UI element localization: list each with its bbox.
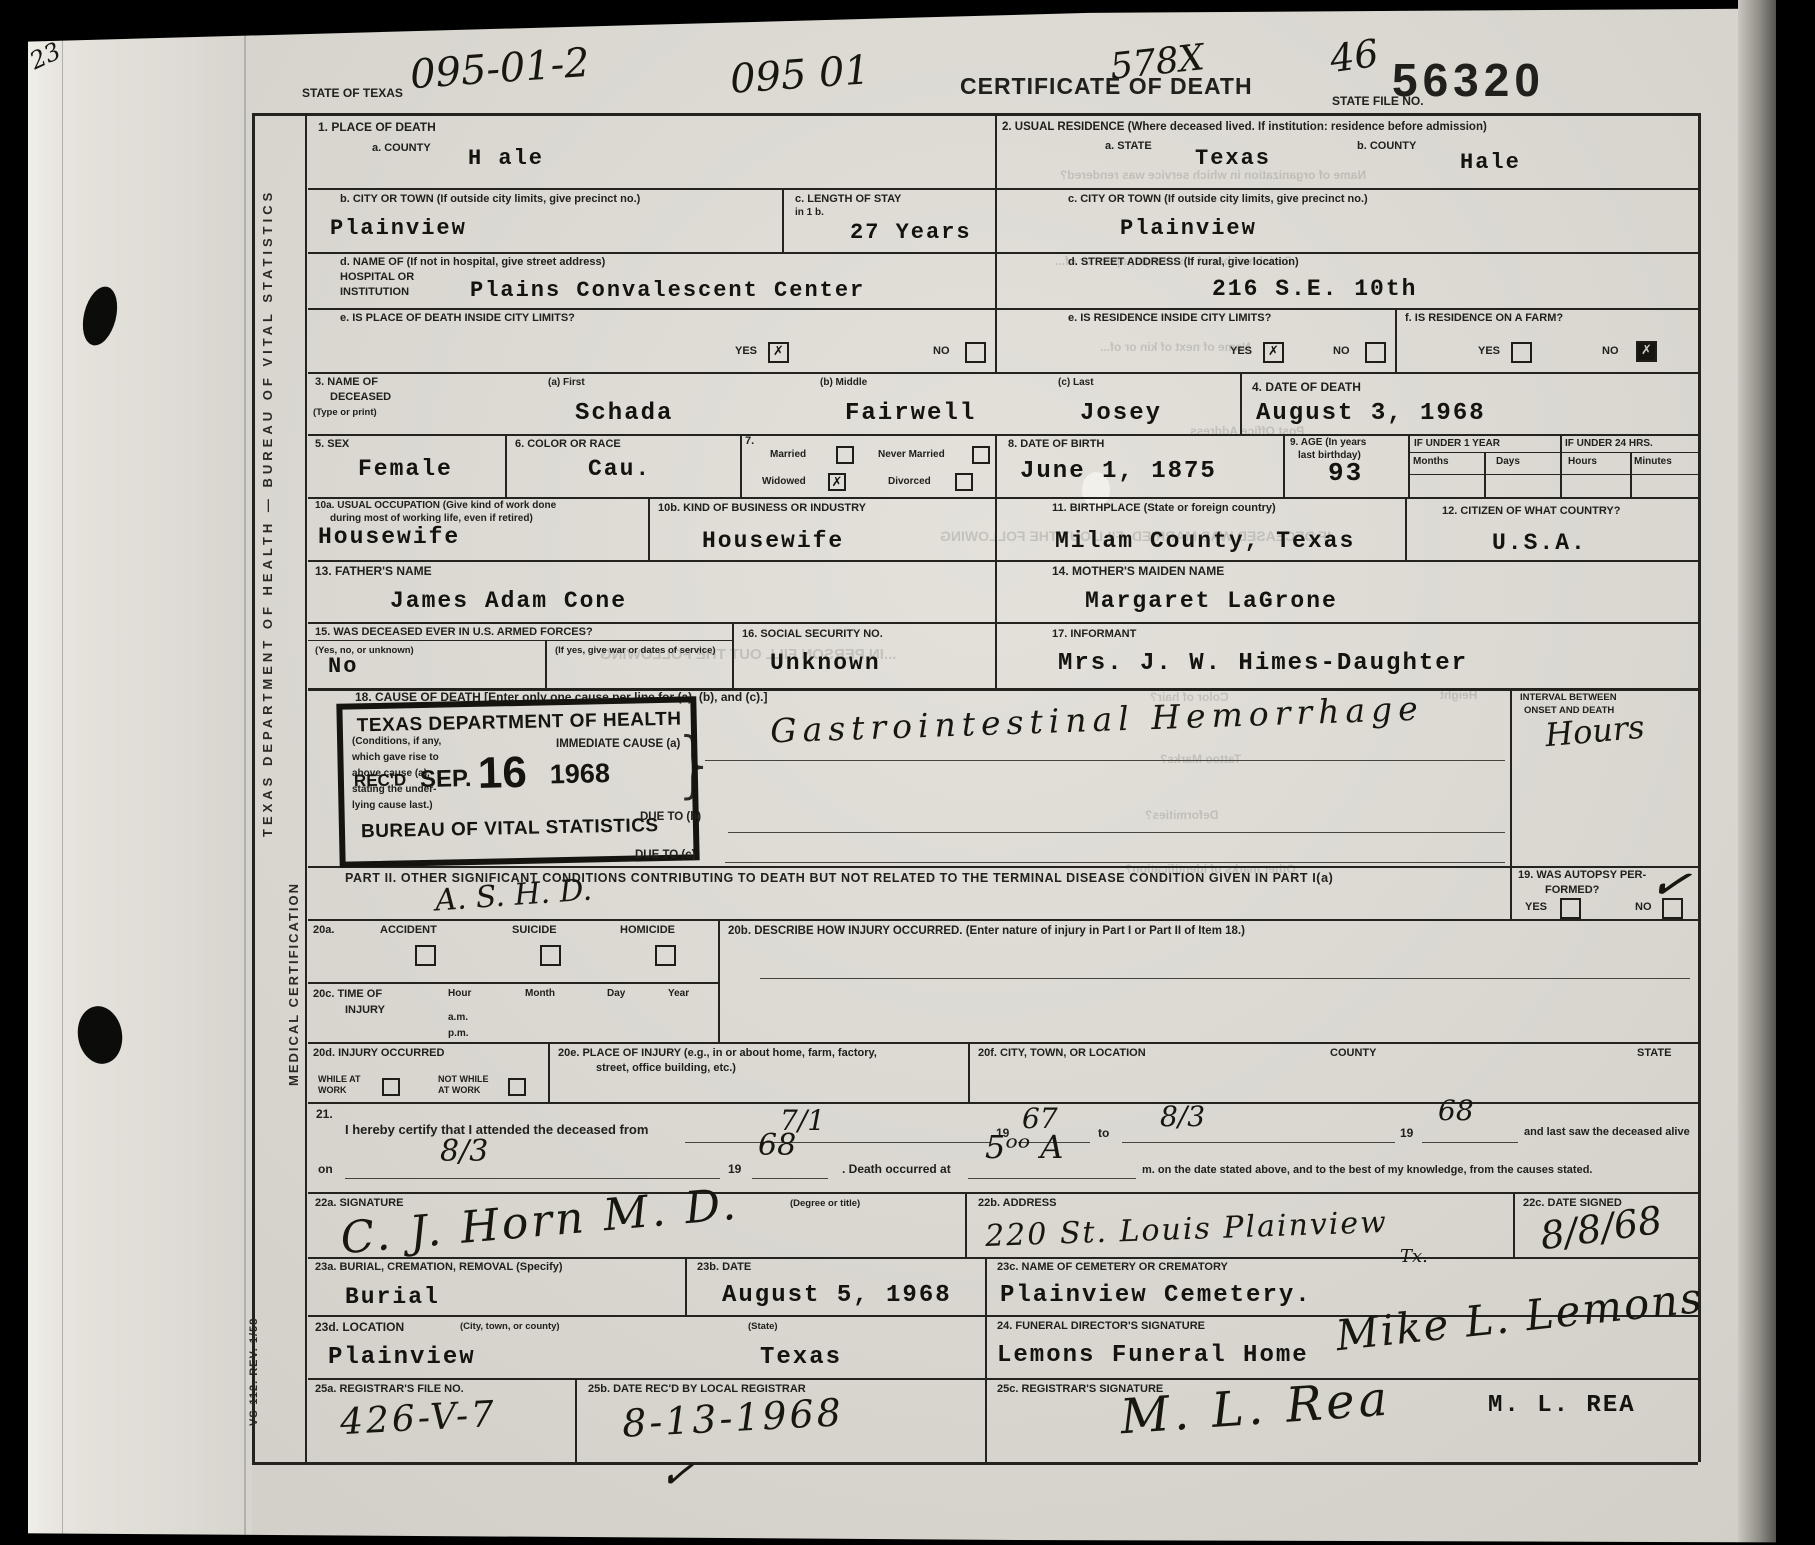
field-4-value: August 3, 1968 xyxy=(1256,400,1486,427)
yes-label: YES xyxy=(1478,345,1500,359)
handwritten-last-saw-date: 8/3 xyxy=(440,1134,488,1169)
bleedthrough-text: Tattoo Marks? xyxy=(1160,752,1241,766)
accident-label: ACCIDENT xyxy=(380,924,437,938)
months-label: Months xyxy=(1413,456,1449,469)
year-prefix: 19 xyxy=(728,1162,741,1177)
paper-right-edge xyxy=(1738,0,1778,1545)
grid-line xyxy=(1395,308,1397,372)
checkbox-while-at-work xyxy=(382,1078,400,1096)
grid-line xyxy=(575,1378,577,1462)
screenshot-root: { "marks": {"x":"✗","check":"✓","brace":… xyxy=(0,0,1815,1545)
field-1c-label: c. LENGTH OF STAY xyxy=(795,193,901,207)
bleedthrough-text: Name of next of kin or of... xyxy=(1100,340,1251,354)
middle-name-value: Fairwell xyxy=(845,400,976,427)
field-20c-label2: INJURY xyxy=(345,1004,385,1018)
checkbox-residence-no xyxy=(1365,342,1386,363)
grid-line xyxy=(782,188,784,252)
not-while-at-work-label2: AT WORK xyxy=(438,1085,480,1096)
grid-line xyxy=(308,1192,1698,1194)
grid-line xyxy=(308,1042,1698,1044)
field-20e-label1: 20e. PLACE OF INJURY (e.g., in or about … xyxy=(558,1047,877,1061)
field-1c-sublabel: in 1 b. xyxy=(795,207,824,220)
field-17-label: 17. INFORMANT xyxy=(1052,628,1136,642)
background-right xyxy=(1776,0,1815,1545)
field-2f-label: f. IS RESIDENCE ON A FARM? xyxy=(1405,312,1563,326)
field-13-label: 13. FATHER'S NAME xyxy=(315,564,432,579)
last-name-value: Josey xyxy=(1080,400,1162,427)
field-6-label: 6. COLOR OR RACE xyxy=(515,438,621,452)
field-23c-label: 23c. NAME OF CEMETERY OR CREMATORY xyxy=(997,1261,1228,1275)
field-2a-label: a. STATE xyxy=(1105,140,1152,154)
stamp-year: 1968 xyxy=(550,758,611,790)
field-15-value: No xyxy=(328,654,358,679)
certify-text-1: I hereby certify that I attended the dec… xyxy=(345,1122,648,1138)
funeral-home-value: Lemons Funeral Home xyxy=(997,1342,1309,1369)
grid-line xyxy=(1630,452,1632,497)
field-20c-label1: 20c. TIME OF xyxy=(313,988,382,1002)
field-3-label3: (Type or print) xyxy=(313,407,377,419)
no-label: NO xyxy=(933,345,950,359)
field-2c-value: Plainview xyxy=(1120,216,1257,241)
field-10b-label: 10b. KIND OF BUSINESS OR INDUSTRY xyxy=(658,502,866,516)
field-1c-value: 27 Years xyxy=(850,220,972,245)
field-16-label: 16. SOCIAL SECURITY NO. xyxy=(742,628,883,642)
checkbox-divorced xyxy=(955,473,973,491)
grid-line xyxy=(308,622,1698,624)
grid-line xyxy=(308,560,1698,562)
field-2-title: 2. USUAL RESIDENCE (Where deceased lived… xyxy=(1002,120,1487,134)
field-3-label2: DECEASED xyxy=(330,391,391,405)
field-12-label: 12. CITIZEN OF WHAT COUNTRY? xyxy=(1442,505,1620,519)
not-while-at-work-label1: NOT WHILE xyxy=(438,1074,489,1085)
field-23a-label: 23a. BURIAL, CREMATION, REMOVAL (Specify… xyxy=(315,1261,563,1275)
field-7-label: 7. xyxy=(745,435,754,449)
interval-label-1: INTERVAL BETWEEN xyxy=(1520,692,1617,704)
state-column-label: STATE xyxy=(1637,1047,1671,1061)
writing-line xyxy=(685,1142,990,1143)
field-23a-value: Burial xyxy=(345,1284,440,1310)
field-2e-label: e. IS RESIDENCE INSIDE CITY LIMITS? xyxy=(1068,312,1271,326)
field-1e-label: e. IS PLACE OF DEATH INSIDE CITY LIMITS? xyxy=(340,312,575,326)
handwritten-file-code: 095 01 xyxy=(729,47,872,103)
grid-line xyxy=(308,1257,1698,1259)
year-label: Year xyxy=(668,988,689,1001)
no-label: NO xyxy=(1602,345,1619,359)
grid-line xyxy=(308,497,1698,499)
yes-label: YES xyxy=(1525,901,1547,915)
field-24-label: 24. FUNERAL DIRECTOR'S SIGNATURE xyxy=(997,1320,1205,1334)
days-label: Days xyxy=(1496,456,1520,469)
grid-line xyxy=(545,640,547,688)
handwritten-year-68: 68 xyxy=(1438,1094,1474,1127)
field-20a-label: 20a. xyxy=(313,924,334,938)
stamp-month: SEP. xyxy=(420,765,472,794)
degree-or-title-label: (Degree or title) xyxy=(790,1198,860,1210)
field-1d-label: d. NAME OF (If not in hospital, give str… xyxy=(340,256,605,270)
field-23c-value: Plainview Cemetery. xyxy=(1000,1282,1312,1309)
grid-line xyxy=(308,982,718,984)
field-1-title: 1. PLACE OF DEATH xyxy=(318,120,436,135)
field-23d-sublabel1: (City, town, or county) xyxy=(460,1321,560,1333)
grid-line xyxy=(985,1257,987,1315)
writing-line xyxy=(752,1178,828,1179)
field-2b-label: b. COUNTY xyxy=(1357,140,1416,154)
checkbox-homicide xyxy=(655,945,676,966)
sidebar-agency-text: TEXAS DEPARTMENT OF HEALTH — BUREAU OF V… xyxy=(260,140,275,885)
pm-label: p.m. xyxy=(448,1028,469,1041)
certify-text-3: . Death occurred at xyxy=(842,1162,951,1177)
suicide-label: SUICIDE xyxy=(512,924,557,938)
while-at-work-label2: WORK xyxy=(318,1085,347,1096)
field-2b-value: Hale xyxy=(1460,150,1521,175)
grid-line xyxy=(305,113,307,1462)
handwritten-number: 46 xyxy=(1327,31,1381,81)
under-24-hrs-title: IF UNDER 24 HRS. xyxy=(1565,438,1653,451)
state-of-texas-label: STATE OF TEXAS xyxy=(302,86,403,101)
field-15-label: 15. WAS DECEASED EVER IN U.S. ARMED FORC… xyxy=(315,626,593,640)
field-20b-label: 20b. DESCRIBE HOW INJURY OCCURRED. (Ente… xyxy=(728,924,1245,938)
page-edge-line xyxy=(62,30,63,1545)
field-1a-value: H ale xyxy=(468,146,544,171)
certify-text-4: m. on the date stated above, and to the … xyxy=(1142,1164,1592,1178)
field-23b-value: August 5, 1968 xyxy=(722,1282,952,1309)
yes-label: YES xyxy=(1230,345,1252,359)
handwritten-address-state: Tx. xyxy=(1400,1246,1428,1267)
due-to-b-label: DUE TO (b) xyxy=(640,810,701,824)
bleedthrough-text: Deformities? xyxy=(1145,808,1218,822)
grid-line xyxy=(685,1257,687,1315)
grid-line xyxy=(308,372,1698,374)
hour-label: Hour xyxy=(448,988,471,1001)
field-17-value: Mrs. J. W. Himes-Daughter xyxy=(1058,650,1468,677)
field-11-value: Milam County, Texas xyxy=(1055,528,1355,554)
grid-line xyxy=(995,622,997,688)
grid-line xyxy=(252,113,1698,116)
grid-line xyxy=(995,113,997,372)
grid-line xyxy=(252,113,255,1462)
field-1a-label: a. COUNTY xyxy=(372,142,431,156)
grid-line xyxy=(1405,497,1407,560)
bleedthrough-text: Height xyxy=(1440,688,1477,702)
field-19-label2: FORMED? xyxy=(1545,884,1599,898)
grid-line xyxy=(308,434,1698,436)
writing-line xyxy=(725,862,1505,863)
field-23d-state-value: Texas xyxy=(760,1344,842,1371)
grid-line xyxy=(1698,113,1701,1462)
grid-line xyxy=(308,866,1698,868)
handwritten-check-bottom: ✓ xyxy=(658,1450,696,1499)
first-name-label: (a) First xyxy=(548,377,585,390)
grid-line xyxy=(1484,452,1486,497)
checkbox-place-no xyxy=(965,342,986,363)
no-label: NO xyxy=(1333,345,1350,359)
year-prefix: 19 xyxy=(1400,1126,1413,1141)
field-10a-label1: 10a. USUAL OCCUPATION (Give kind of work… xyxy=(315,500,556,513)
am-label: a.m. xyxy=(448,1012,468,1025)
field-5-value: Female xyxy=(358,456,453,482)
checkbox-autopsy-yes xyxy=(1560,898,1581,919)
stamp-day: 16 xyxy=(477,748,527,799)
checkbox-farm-no-checked: ✗ xyxy=(1636,341,1657,362)
while-at-work-label1: WHILE AT xyxy=(318,1074,361,1085)
stamp-line-3: BUREAU OF VITAL STATISTICS xyxy=(361,815,659,843)
grid-line xyxy=(1283,434,1285,497)
grid-line xyxy=(308,640,732,641)
field-2d-value: 216 S.E. 10th xyxy=(1212,276,1417,302)
grid-line xyxy=(252,1462,1698,1465)
writing-line xyxy=(760,978,1690,979)
handwritten-attended-to: 8/3 xyxy=(1160,1100,1205,1133)
field-8-label: 8. DATE OF BIRTH xyxy=(1008,438,1104,452)
sidebar-medical-certification: MEDICAL CERTIFICATION xyxy=(286,868,301,1100)
field-1d-label2: HOSPITAL OR xyxy=(340,271,414,285)
received-stamp: TEXAS DEPARTMENT OF HEALTH REC'D SEP. 16… xyxy=(336,696,699,868)
middle-name-label: (b) Middle xyxy=(820,377,867,390)
yes-label: YES xyxy=(735,345,757,359)
field-14-value: Margaret LaGrone xyxy=(1085,588,1338,614)
grid-line xyxy=(308,1102,1698,1104)
field-13-value: James Adam Cone xyxy=(390,588,627,614)
stamp-recd: REC'D xyxy=(354,770,407,791)
grid-line xyxy=(718,919,720,1042)
grid-line xyxy=(1513,1192,1515,1257)
grid-line xyxy=(985,1378,987,1462)
grid-line xyxy=(308,919,1698,921)
field-12-value: U.S.A. xyxy=(1492,530,1587,556)
first-name-value: Schada xyxy=(575,400,673,427)
field-23d-sublabel2: (State) xyxy=(748,1321,778,1333)
field-20d-label: 20d. INJURY OCCURRED xyxy=(313,1047,444,1061)
immediate-cause-label: IMMEDIATE CAUSE (a) xyxy=(556,737,680,751)
grid-line xyxy=(995,560,997,622)
writing-line xyxy=(1122,1142,1395,1143)
handwritten-year-68: 68 xyxy=(758,1128,796,1163)
field-6-value: Cau. xyxy=(588,456,651,482)
writing-line xyxy=(345,1178,720,1179)
page-title: CERTIFICATE OF DEATH xyxy=(960,72,1253,101)
grid-line xyxy=(965,1192,967,1257)
grid-line xyxy=(995,434,997,497)
handwritten-registrar-file-no: 426-V-7 xyxy=(339,1394,498,1443)
field-1b-label: b. CITY OR TOWN (If outside city limits,… xyxy=(340,193,640,207)
checkbox-place-yes-checked: ✗ xyxy=(768,342,789,363)
minutes-label: Minutes xyxy=(1634,456,1672,469)
checkbox-never-married xyxy=(972,446,990,464)
homicide-label: HOMICIDE xyxy=(620,924,675,938)
field-16-value: Unknown xyxy=(770,650,881,676)
field-4-label: 4. DATE OF DEATH xyxy=(1252,380,1361,395)
grid-line xyxy=(1510,688,1512,919)
grid-line xyxy=(505,434,507,497)
writing-line xyxy=(968,1178,1136,1179)
grid-line xyxy=(1408,452,1698,453)
grid-line xyxy=(308,1378,1698,1380)
hours-label: Hours xyxy=(1568,456,1597,469)
last-name-label: (c) Last xyxy=(1058,377,1094,390)
widowed-label: Widowed xyxy=(762,476,806,489)
field-23d-label: 23d. LOCATION xyxy=(315,1320,404,1335)
field-23d-city-value: Plainview xyxy=(328,1344,476,1371)
field-2d-label: d. STREET ADDRESS (If rural, give locati… xyxy=(1068,256,1299,270)
field-3-label1: 3. NAME OF xyxy=(315,376,378,390)
married-label: Married xyxy=(770,449,806,462)
field-22b-label: 22b. ADDRESS xyxy=(978,1197,1056,1211)
grid-line xyxy=(1560,434,1562,497)
field-9-label1: 9. AGE (In years xyxy=(1290,437,1366,450)
field-20e-label2: street, office building, etc.) xyxy=(596,1062,736,1076)
checkbox-residence-yes-checked: ✗ xyxy=(1263,342,1284,363)
field-25a-label: 25a. REGISTRAR'S FILE NO. xyxy=(315,1383,464,1397)
month-label: Month xyxy=(525,988,555,1001)
checkbox-suicide xyxy=(540,945,561,966)
field-14-label: 14. MOTHER'S MAIDEN NAME xyxy=(1052,564,1224,579)
field-20f-label: 20f. CITY, TOWN, OR LOCATION xyxy=(978,1047,1146,1061)
grid-line xyxy=(308,188,1698,190)
handwritten-time-of-death: 5ᵒᵒ A xyxy=(985,1128,1063,1166)
grid-line xyxy=(1408,434,1410,497)
grid-line xyxy=(308,308,1698,310)
stamp-line-1: TEXAS DEPARTMENT OF HEALTH xyxy=(357,709,682,738)
field-10b-value: Housewife xyxy=(702,528,844,554)
field-1b-value: Plainview xyxy=(330,216,467,241)
registrar-typed-name: M. L. REA xyxy=(1488,1392,1636,1419)
never-married-label: Never Married xyxy=(878,449,945,462)
grid-line xyxy=(308,252,1698,254)
to-label: to xyxy=(1098,1126,1109,1141)
grid-line xyxy=(968,1042,970,1102)
field-5-label: 5. SEX xyxy=(315,438,349,452)
divorced-label: Divorced xyxy=(888,476,931,489)
certify-text-2: and last saw the deceased alive xyxy=(1524,1126,1690,1140)
grid-line xyxy=(740,434,742,497)
on-label: on xyxy=(318,1162,333,1177)
day-label: Day xyxy=(607,988,625,1001)
field-10a-value: Housewife xyxy=(318,524,460,550)
grid-line xyxy=(648,497,650,560)
field-2a-value: Texas xyxy=(1195,146,1271,171)
county-column-label: COUNTY xyxy=(1330,1047,1376,1061)
due-to-c-label: DUE TO (c) xyxy=(635,848,696,862)
field-21-number: 21. xyxy=(316,1107,333,1122)
checkbox-accident xyxy=(415,945,436,966)
grid-line xyxy=(548,1042,550,1102)
field-19-label1: 19. WAS AUTOPSY PER- xyxy=(1518,869,1646,883)
under-1-year-title: IF UNDER 1 YEAR xyxy=(1414,438,1500,451)
field-2c-label: c. CITY OR TOWN (If outside city limits,… xyxy=(1068,193,1368,207)
checkbox-married xyxy=(836,446,854,464)
field-11-label: 11. BIRTHPLACE (State or foreign country… xyxy=(1052,502,1276,516)
writing-line xyxy=(1422,1142,1518,1143)
grid-line xyxy=(1408,474,1698,475)
writing-line xyxy=(728,832,1505,833)
writing-line xyxy=(705,760,1505,761)
grid-line xyxy=(985,1315,987,1378)
field-23b-label: 23b. DATE xyxy=(697,1261,751,1275)
state-file-number: 56320 xyxy=(1392,52,1545,110)
checkbox-not-while-at-work xyxy=(508,1078,526,1096)
field-1d-label3: INSTITUTION xyxy=(340,286,409,300)
page-edge-line xyxy=(244,28,246,1545)
checkbox-farm-yes xyxy=(1511,342,1532,363)
field-15-sublabel2: (If yes, give war or dates of service) xyxy=(555,645,716,657)
field-8-value: June 1, 1875 xyxy=(1020,458,1217,485)
checkbox-widowed-checked: ✗ xyxy=(828,473,846,491)
field-9-value: 93 xyxy=(1328,458,1363,488)
field-1d-value: Plains Convalescent Center xyxy=(470,278,865,303)
